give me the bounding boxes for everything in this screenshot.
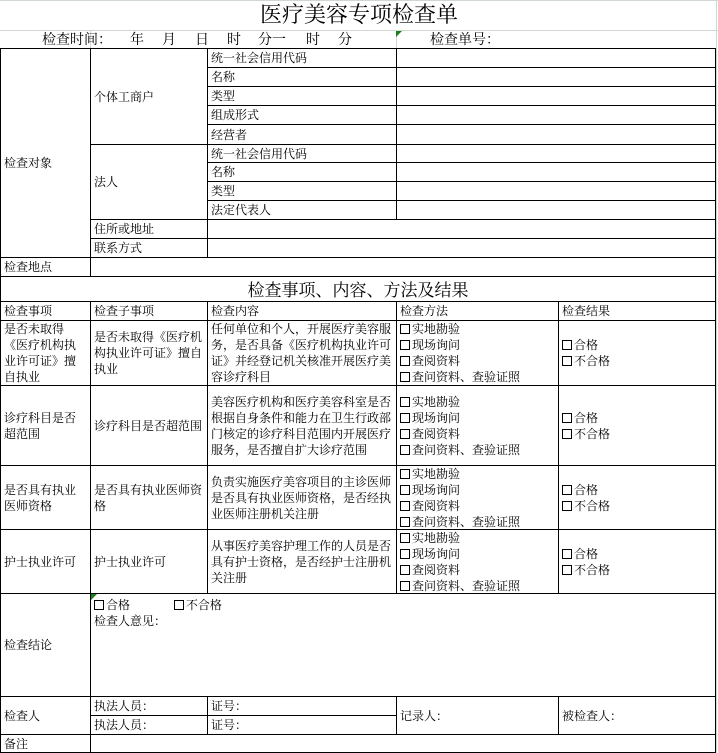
cell-comment-marker (396, 31, 402, 37)
checkbox-icon (400, 469, 410, 479)
inspected-party-field[interactable]: 被检查人： (558, 696, 716, 735)
cert-1-field[interactable]: 证号： (207, 696, 397, 716)
checkbox-icon (94, 600, 104, 610)
legal-credit-code-label: 统一社会信用代码 (207, 144, 397, 163)
method-checkbox[interactable]: 现场询问 (400, 410, 460, 426)
time-minute-end: 分 (338, 30, 352, 48)
checkbox-icon (400, 581, 410, 591)
conclusion-pass-checkbox[interactable]: 合格 (94, 598, 130, 612)
row1-item: 是否未取得《医疗机构执业许可证》擅自执业 (0, 320, 91, 386)
header-sub-item: 检查子事项 (90, 301, 208, 321)
section-title: 检查事项、内容、方法及结果 (0, 276, 716, 302)
checkbox-icon (400, 372, 410, 382)
result-pass-checkbox[interactable]: 合格 (562, 546, 598, 562)
legal-person-label: 法人 (90, 144, 208, 220)
result-fail-checkbox[interactable]: 不合格 (562, 353, 610, 369)
checkbox-icon (400, 549, 410, 559)
inspection-number-field[interactable] (505, 30, 705, 46)
checkbox-icon (400, 356, 410, 366)
individual-operator-label: 经营者 (207, 124, 397, 145)
checkbox-icon (400, 429, 410, 439)
time-year: 年 (130, 30, 144, 48)
time-hour-start: 时 (227, 30, 241, 48)
individual-form-field[interactable] (396, 105, 716, 125)
row4-item: 护士执业许可 (0, 529, 91, 594)
checkbox-icon (400, 533, 410, 543)
checkbox-icon (562, 356, 572, 366)
legal-credit-code-field[interactable] (396, 144, 716, 163)
method-checkbox[interactable]: 现场询问 (400, 546, 460, 562)
checkbox-icon (400, 324, 410, 334)
method-checkbox[interactable]: 查阅资料 (400, 498, 460, 514)
row4-methods: 实地勘验 现场询问 查阅资料 查问资料、查验证照 (396, 529, 559, 594)
method-checkbox[interactable]: 查阅资料 (400, 426, 460, 442)
method-checkbox[interactable]: 实地勘验 (400, 394, 460, 410)
location-field[interactable] (90, 257, 716, 277)
note-field[interactable] (90, 734, 716, 753)
result-pass-checkbox[interactable]: 合格 (562, 337, 598, 353)
individual-operator-field[interactable] (396, 124, 716, 145)
checkbox-icon (400, 397, 410, 407)
result-pass-checkbox[interactable]: 合格 (562, 410, 598, 426)
row2-results: 合格 不合格 (558, 385, 716, 466)
legal-type-field[interactable] (396, 181, 716, 201)
conclusion-field[interactable]: 合格 不合格 检查人意见： (90, 593, 716, 697)
legal-representative-label: 法定代表人 (207, 200, 397, 220)
checkbox-icon (562, 549, 572, 559)
checkbox-icon (400, 501, 410, 511)
cert-2-field[interactable]: 证号： (207, 715, 397, 735)
row2-methods: 实地勘验 现场询问 查阅资料 查问资料、查验证照 (396, 385, 559, 466)
contact-field[interactable] (207, 238, 716, 258)
form-title: 医疗美容专项检查单 (0, 1, 718, 30)
header-content: 检查内容 (207, 301, 397, 321)
checkbox-icon (400, 413, 410, 423)
method-checkbox[interactable]: 查问资料、查验证照 (400, 442, 520, 458)
individual-form-label: 组成形式 (207, 105, 397, 125)
row1-sub-item: 是否未取得《医疗机构执业许可证》擅自执业 (90, 320, 208, 386)
individual-name-field[interactable] (396, 67, 716, 87)
result-pass-checkbox[interactable]: 合格 (562, 482, 598, 498)
result-fail-checkbox[interactable]: 不合格 (562, 498, 610, 514)
method-checkbox[interactable]: 查问资料、查验证照 (400, 369, 520, 385)
checkbox-icon (562, 340, 572, 350)
subject-label: 检查对象 (0, 48, 91, 277)
individual-credit-code-label: 统一社会信用代码 (207, 48, 397, 68)
row3-sub-item: 是否具有执业医师资格 (90, 465, 208, 530)
method-checkbox[interactable]: 现场询问 (400, 482, 460, 498)
result-fail-checkbox[interactable]: 不合格 (562, 562, 610, 578)
row3-content: 负责实施医疗美容项目的主诊医师是否具有执业医师资格，是否经执业医师注册机关注册 (207, 465, 397, 530)
conclusion-fail-checkbox[interactable]: 不合格 (174, 598, 222, 612)
checkbox-icon (400, 445, 410, 455)
legal-representative-field[interactable] (396, 200, 716, 220)
row4-sub-item: 护士执业许可 (90, 529, 208, 594)
inspection-number-label: 检查单号： (430, 30, 500, 48)
row3-item: 是否具有执业医师资格 (0, 465, 91, 530)
method-checkbox[interactable]: 查阅资料 (400, 562, 460, 578)
checkbox-icon (562, 413, 572, 423)
location-label: 检查地点 (0, 257, 91, 277)
row2-content: 美容医疗机构和医疗美容科室是否根据自身条件和能力在卫生行政部门核定的诊疗科目范围… (207, 385, 397, 466)
time-minute-start: 分一 (258, 30, 286, 48)
method-checkbox[interactable]: 查问资料、查验证照 (400, 578, 520, 594)
cell-comment-marker (91, 594, 97, 600)
checkbox-icon (562, 429, 572, 439)
checkbox-icon (562, 485, 572, 495)
individual-type-label: 类型 (207, 86, 397, 106)
header-item: 检查事项 (0, 301, 91, 321)
result-fail-checkbox[interactable]: 不合格 (562, 426, 610, 442)
individual-name-label: 名称 (207, 67, 397, 87)
method-checkbox[interactable]: 实地勘验 (400, 530, 460, 546)
row4-results: 合格 不合格 (558, 529, 716, 594)
time-hour-end: 时 (306, 30, 320, 48)
row4-content: 从事医疗美容护理工作的人员是否具有护士资格，是否经护士注册机关注册 (207, 529, 397, 594)
time-day: 日 (195, 30, 209, 48)
row1-methods: 实地勘验 现场询问 查阅资料 查问资料、查验证照 (396, 320, 559, 386)
officer-1-field[interactable]: 执法人员： (90, 696, 208, 716)
checkbox-icon (562, 565, 572, 575)
officer-2-field[interactable]: 执法人员： (90, 715, 208, 735)
address-field[interactable] (207, 219, 716, 239)
address-label: 住所或地址 (90, 219, 208, 239)
legal-name-field[interactable] (396, 162, 716, 182)
inspector-opinion-label: 检查人意见： (94, 613, 166, 629)
checkbox-icon (400, 485, 410, 495)
contact-label: 联系方式 (90, 238, 208, 258)
individual-business-label: 个体工商户 (90, 48, 208, 145)
note-label: 备注 (0, 734, 91, 753)
checkbox-icon (400, 565, 410, 575)
header-result: 检查结果 (558, 301, 716, 321)
row2-sub-item: 诊疗科目是否超范围 (90, 385, 208, 466)
recorder-field[interactable]: 记录人： (396, 696, 559, 735)
row3-methods: 实地勘验 现场询问 查阅资料 查问资料、查验证照 (396, 465, 559, 530)
row3-results: 合格 不合格 (558, 465, 716, 530)
inspectors-label: 检查人 (0, 696, 91, 735)
individual-credit-code-field[interactable] (396, 48, 716, 68)
sheet-gridline (716, 0, 717, 753)
method-checkbox[interactable]: 查阅资料 (400, 353, 460, 369)
inspection-time-label: 检查时间： (42, 30, 112, 48)
legal-name-label: 名称 (207, 162, 397, 182)
time-month: 月 (162, 30, 176, 48)
individual-type-field[interactable] (396, 86, 716, 106)
header-method: 检查方法 (396, 301, 559, 321)
method-checkbox[interactable]: 实地勘验 (400, 321, 460, 337)
method-checkbox[interactable]: 实地勘验 (400, 466, 460, 482)
checkbox-icon (562, 501, 572, 511)
checkbox-icon (174, 600, 184, 610)
method-checkbox[interactable]: 查问资料、查验证照 (400, 514, 520, 530)
row1-results: 合格 不合格 (558, 320, 716, 386)
method-checkbox[interactable]: 现场询问 (400, 337, 460, 353)
conclusion-label: 检查结论 (0, 593, 91, 697)
row2-item: 诊疗科目是否超范围 (0, 385, 91, 466)
checkbox-icon (400, 517, 410, 527)
row1-content: 任何单位和个人，开展医疗美容服务，是否具备《医疗机构执业许可证》并经登记机关核准… (207, 320, 397, 386)
checkbox-icon (400, 340, 410, 350)
legal-type-label: 类型 (207, 181, 397, 201)
